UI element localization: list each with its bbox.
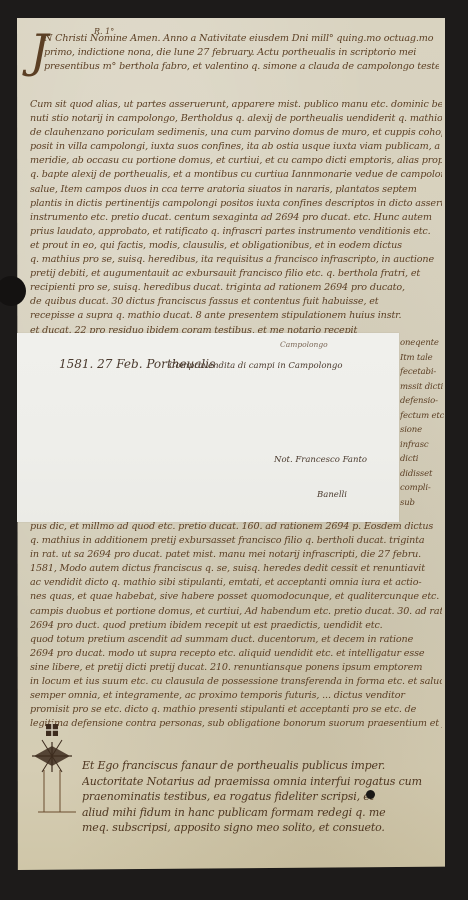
text-line: recepisse a supra q. mathio ducat. 8 ant… xyxy=(30,309,442,323)
text-line: nes quas, et quae habebat, sive habere p… xyxy=(30,590,442,604)
slip-subject-note: Compravendita di campi in Campolongo xyxy=(169,361,342,371)
margin-fragment: Itm tale xyxy=(400,351,444,366)
text-line: presentibus m° berthola fabro, et valent… xyxy=(44,60,439,74)
text-line: salue, Item campos duos in cca terre ara… xyxy=(30,183,442,197)
text-line: quod totum pretium ascendit ad summam du… xyxy=(30,633,442,647)
body-text-lower: pus dic, et millmo ad quod etc. pretio d… xyxy=(30,520,442,731)
text-line: recipienti pro se, suisq. heredibus duca… xyxy=(30,281,442,295)
text-line: campis duobus et portione domus, et curt… xyxy=(30,605,442,619)
text-line: pretij debiti, et augumentauit ac exburs… xyxy=(30,267,442,281)
text-line: posit in villa campolongi, iuxta suos co… xyxy=(30,140,442,154)
text-line: q. mathius in additionem pretij exbursas… xyxy=(30,534,442,548)
text-line: ac vendidit dicto q. mathio sibi stipula… xyxy=(30,576,442,590)
text-line: meridie, ab occasu cu portione domus, et… xyxy=(30,154,442,168)
text-line: meq. subscripsi, apposito signo meo soli… xyxy=(82,820,442,836)
margin-fragment: oneqente xyxy=(400,336,444,351)
text-line: de clauhenzano poriculam sedimenis, una … xyxy=(30,126,442,140)
slip-notary-note: Not. Francesco Fanto xyxy=(274,455,367,465)
text-line: semper omnia, et integramente, ac proxim… xyxy=(30,689,442,703)
margin-fragment: dicti xyxy=(400,452,444,467)
margin-fragment: didisset xyxy=(400,467,444,482)
text-line: legitima defensione contra personas, sub… xyxy=(30,717,442,731)
text-line: instrumento etc. pretio ducat. centum se… xyxy=(30,211,442,225)
text-line: praenominatis testibus, ea rogatus fidel… xyxy=(82,789,442,805)
margin-fragment: defensio- xyxy=(400,394,444,409)
text-line: 2694 pro duct. quod pretium ibidem recep… xyxy=(30,619,442,633)
text-line: promisit pro se etc. dicto q. mathio pre… xyxy=(30,703,442,717)
margin-fragment: infrasc xyxy=(400,438,444,453)
notary-subscription: Et Ego franciscus fanaur de portheualis … xyxy=(82,758,442,836)
text-line: q. bapte alexij de portheualis, et a mon… xyxy=(30,168,442,182)
margin-fragment: mssit dicti xyxy=(400,380,444,395)
opening-lines: N Christi Nomine Amen. Anno a Nativitate… xyxy=(44,32,439,74)
slip-signature-note: Banelli xyxy=(317,490,347,500)
text-line: 2694 pro ducat. modo ut supra recepto et… xyxy=(30,647,442,661)
text-line: N Christi Nomine Amen. Anno a Nativitate… xyxy=(44,32,439,46)
notary-signum-icon xyxy=(28,722,80,814)
text-line: prius laudato, approbato, et ratificato … xyxy=(30,225,442,239)
right-margin-text: oneqente Itm tale fecetabi- mssit dicti … xyxy=(400,336,444,510)
pin-hole xyxy=(366,790,375,799)
text-line: aliud mihi fidum in hanc publicam formam… xyxy=(82,805,442,821)
margin-fragment: sione xyxy=(400,423,444,438)
margin-fragment: fecetabi- xyxy=(400,365,444,380)
text-line: nuti stio notarij in campolongo, Berthol… xyxy=(30,112,442,126)
archival-overlay-slip: Campolongo 1581. 27 Feb. Portheualis Com… xyxy=(17,333,399,522)
margin-fragment: fectum etc. xyxy=(400,409,444,424)
text-line: sine libere, et pretij dicti pretij duca… xyxy=(30,661,442,675)
body-text-upper: Cum sit quod alias, ut partes asseruerun… xyxy=(30,98,442,352)
text-line: de quibus ducat. 30 dictus franciscus fa… xyxy=(30,295,442,309)
margin-fragment: sub xyxy=(400,496,444,511)
margin-fragment: compli- xyxy=(400,481,444,496)
text-line: 1581, Modo autem dictus franciscus q. se… xyxy=(30,562,442,576)
text-line: Cum sit quod alias, ut partes asseruerun… xyxy=(30,98,442,112)
slip-place-note: Campolongo xyxy=(280,340,328,349)
text-line: q. mathius pro se, suisq. heredibus, ita… xyxy=(30,253,442,267)
text-line: Et Ego franciscus fanaur de portheualis … xyxy=(82,758,442,774)
text-line: primo, indictione nona, die lune 27 febr… xyxy=(44,46,439,60)
text-line: pus dic, et millmo ad quod etc. pretio d… xyxy=(30,520,442,534)
text-line: plantis in dictis pertinentijs campolong… xyxy=(30,197,442,211)
text-line: Auctoritate Notarius ad praemissa omnia … xyxy=(82,774,442,790)
text-line: in rat. ut sa 2694 pro ducat. patet mist… xyxy=(30,548,442,562)
text-line: in locum et ius suum etc. cu clausula de… xyxy=(30,675,442,689)
text-line: et prout in eo, qui factis, modis, claus… xyxy=(30,239,442,253)
